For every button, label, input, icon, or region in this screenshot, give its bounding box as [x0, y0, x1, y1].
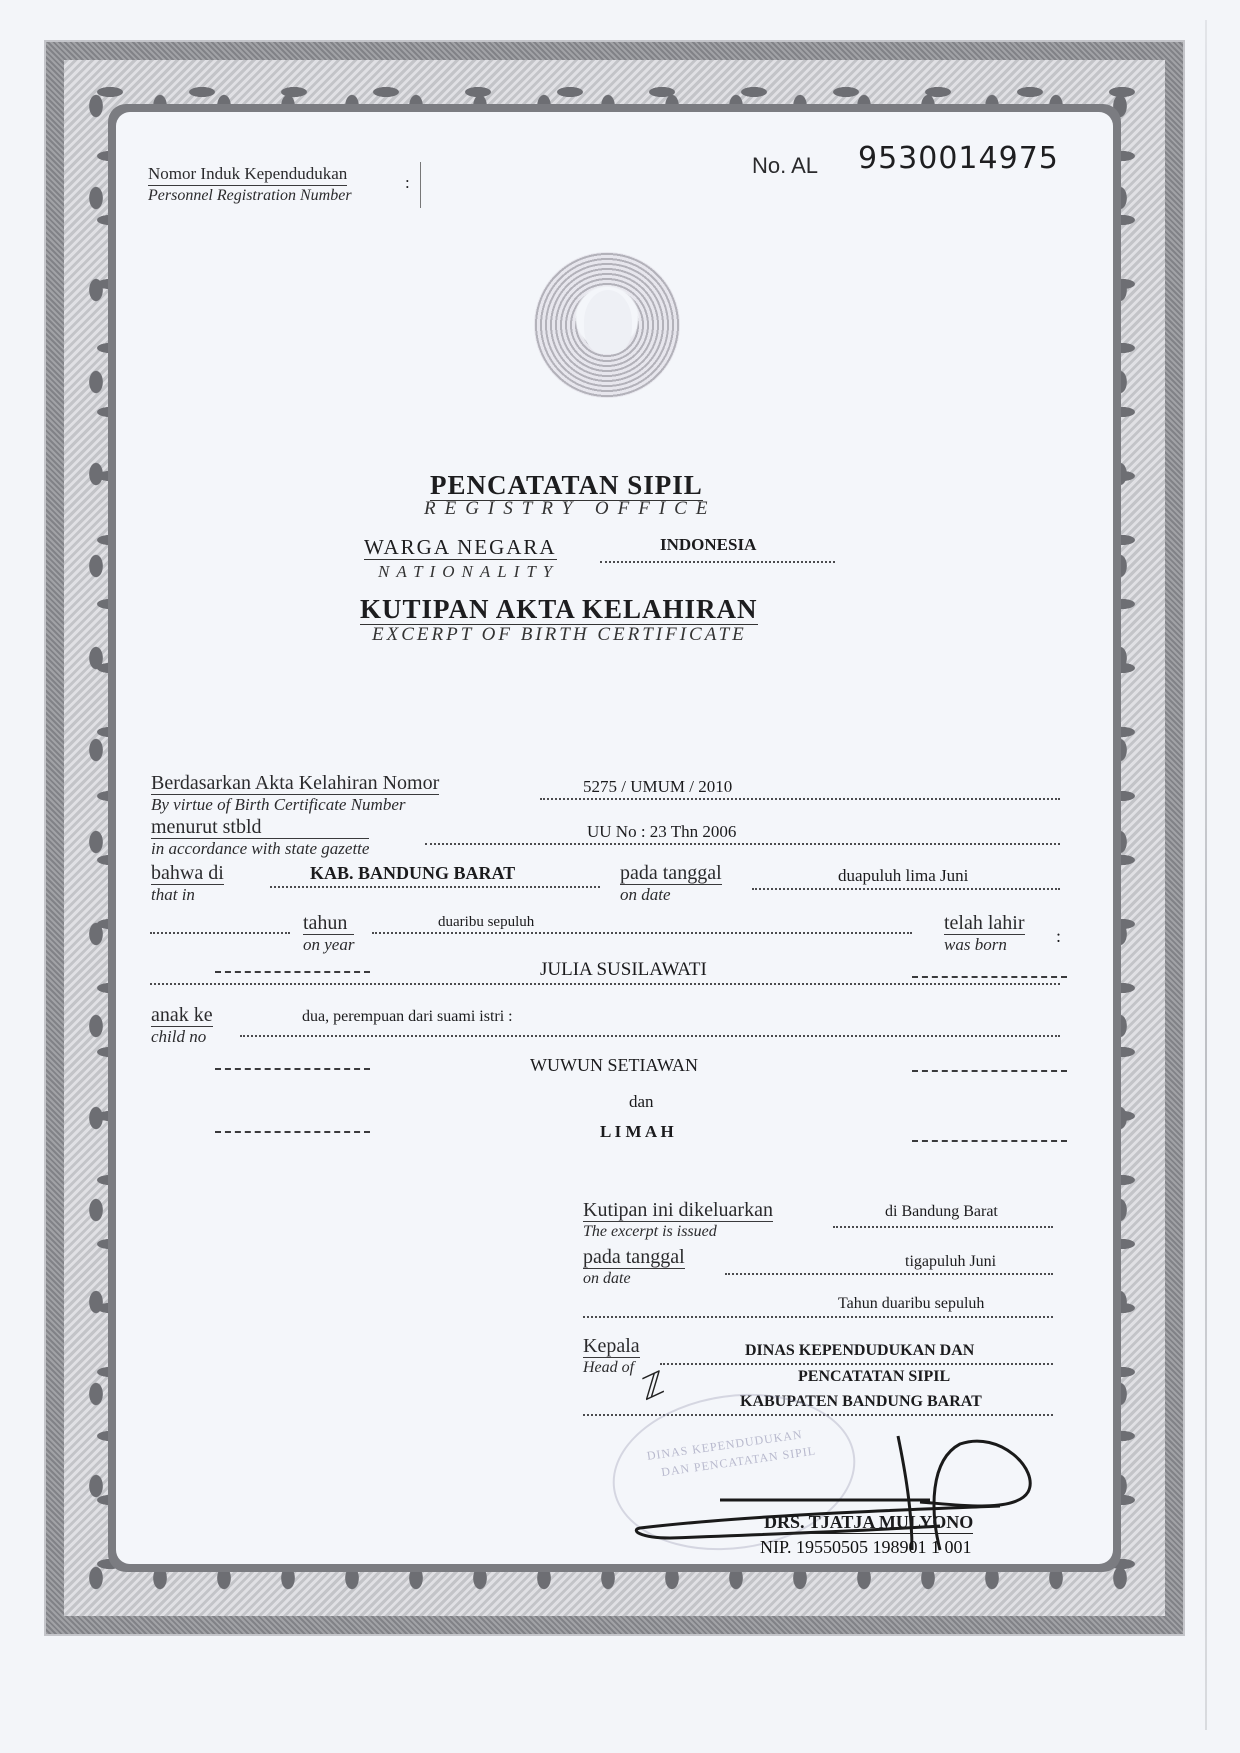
gazette-label: menurut stbld — [151, 816, 369, 839]
issued-year-dots — [583, 1316, 1053, 1318]
issued-date-label-en: on date — [583, 1269, 685, 1289]
cert-number-label-en: By virtue of Birth Certificate Number — [151, 795, 439, 815]
father-left-dash — [215, 1068, 370, 1070]
agency-dots-1 — [660, 1363, 1053, 1365]
born-label-en: was born — [944, 935, 1025, 955]
name-left-dash — [215, 971, 370, 973]
agency-line-1: DINAS KEPENDUDUKAN DAN — [745, 1342, 974, 1360]
serial-prefix: No. AL — [752, 153, 818, 179]
mother-left-dash — [215, 1131, 370, 1133]
child-name-dots — [150, 983, 1060, 985]
name-right-dash — [912, 976, 1067, 978]
year-dots — [372, 932, 912, 934]
date-field: pada tanggal on date — [620, 862, 722, 905]
issued-place: di Bandung Barat — [885, 1203, 998, 1221]
head-field: Kepala Head of — [583, 1335, 640, 1378]
nationality-dots — [600, 561, 835, 563]
issued-label-en: The excerpt is issued — [583, 1222, 773, 1242]
certificate-title-en: EXCERPT OF BIRTH CERTIFICATE — [372, 624, 747, 646]
issued-date-label: pada tanggal — [583, 1246, 685, 1269]
cert-number-dots — [540, 798, 1060, 800]
child-no-dots — [240, 1035, 1060, 1037]
nationality-label-en: NATIONALITY — [378, 562, 559, 582]
father-right-dash — [912, 1070, 1067, 1072]
gazette-label-en: in accordance with state gazette — [151, 839, 369, 859]
issued-label: Kutipan ini dikeluarkan — [583, 1199, 773, 1222]
office-title-en: REGISTRY OFFICE — [424, 498, 716, 520]
born-label: telah lahir — [944, 912, 1025, 935]
parents-conjunction: dan — [629, 1092, 654, 1112]
place-value: KAB. BANDUNG BARAT — [310, 863, 515, 884]
office-title: PENCATATAN SIPIL — [430, 470, 703, 501]
child-no-field: anak ke child no — [151, 1004, 213, 1047]
garuda-bird-icon — [584, 290, 632, 354]
date-label: pada tanggal — [620, 862, 722, 885]
serial-number: 9530014975 — [858, 141, 1059, 176]
born-colon: : — [1056, 926, 1061, 947]
father-name: WUWUN SETIAWAN — [530, 1055, 698, 1076]
issued-date-dots — [725, 1273, 1053, 1275]
cert-number-value: 5275 / UMUM / 2010 — [583, 777, 732, 797]
date-dots — [752, 888, 1060, 890]
cert-number-label: Berdasarkan Akta Kelahiran Nomor — [151, 772, 439, 795]
year-lead-dots — [150, 932, 290, 934]
certificate-title: KUTIPAN AKTA KELAHIRAN — [360, 594, 758, 625]
issued-date: tigapuluh Juni — [905, 1253, 996, 1271]
gazette-field: menurut stbld in accordance with state g… — [151, 816, 369, 859]
year-label: tahun — [303, 912, 354, 935]
child-no-label: anak ke — [151, 1004, 213, 1027]
year-field: tahun on year — [303, 912, 354, 955]
head-label: Kepala — [583, 1335, 640, 1358]
issued-field: Kutipan ini dikeluarkan The excerpt is i… — [583, 1199, 773, 1242]
child-no-value: dua, perempuan dari suami istri : — [302, 1008, 513, 1026]
issued-date-field: pada tanggal on date — [583, 1246, 685, 1289]
year-value: duaribu sepuluh — [438, 914, 534, 931]
mother-right-dash — [912, 1140, 1067, 1142]
place-label: bahwa di — [151, 862, 224, 885]
nationality-value: INDONESIA — [660, 535, 756, 555]
nik-label-en: Personnel Registration Number — [148, 186, 352, 206]
child-no-label-en: child no — [151, 1027, 213, 1047]
gazette-value: UU No : 23 Thn 2006 — [587, 822, 736, 842]
gazette-dots — [425, 843, 1060, 845]
head-label-en: Head of — [583, 1358, 640, 1378]
born-field: telah lahir was born — [944, 912, 1025, 955]
agency-line-2: PENCATATAN SIPIL — [798, 1368, 950, 1386]
child-name: JULIA SUSILAWATI — [540, 959, 707, 981]
issued-year: Tahun duaribu sepuluh — [838, 1295, 984, 1313]
date-label-en: on date — [620, 885, 722, 905]
year-label-en: on year — [303, 935, 354, 955]
nik-label: Nomor Induk Kependudukan — [148, 163, 347, 186]
nationality-label: WARGA NEGARA — [364, 535, 557, 560]
nik-colon: : — [405, 173, 410, 193]
place-label-en: that in — [151, 885, 224, 905]
date-value: duapuluh lima Juni — [838, 866, 968, 886]
mother-name: L I M A H — [600, 1122, 674, 1142]
place-dots — [270, 886, 600, 888]
place-field: bahwa di that in — [151, 862, 224, 905]
cert-number-field: Berdasarkan Akta Kelahiran Nomor By virt… — [151, 772, 439, 815]
nik-field: Nomor Induk Kependudukan : Personnel Reg… — [148, 163, 352, 206]
nik-value-bracket — [420, 162, 423, 208]
official-name: DRS. TJATJA MULYONO — [764, 1512, 973, 1534]
official-nip: NIP. 19550505 198901 1 001 — [760, 1537, 972, 1558]
issued-place-dots — [833, 1226, 1053, 1228]
paper-edge — [1205, 20, 1207, 1730]
